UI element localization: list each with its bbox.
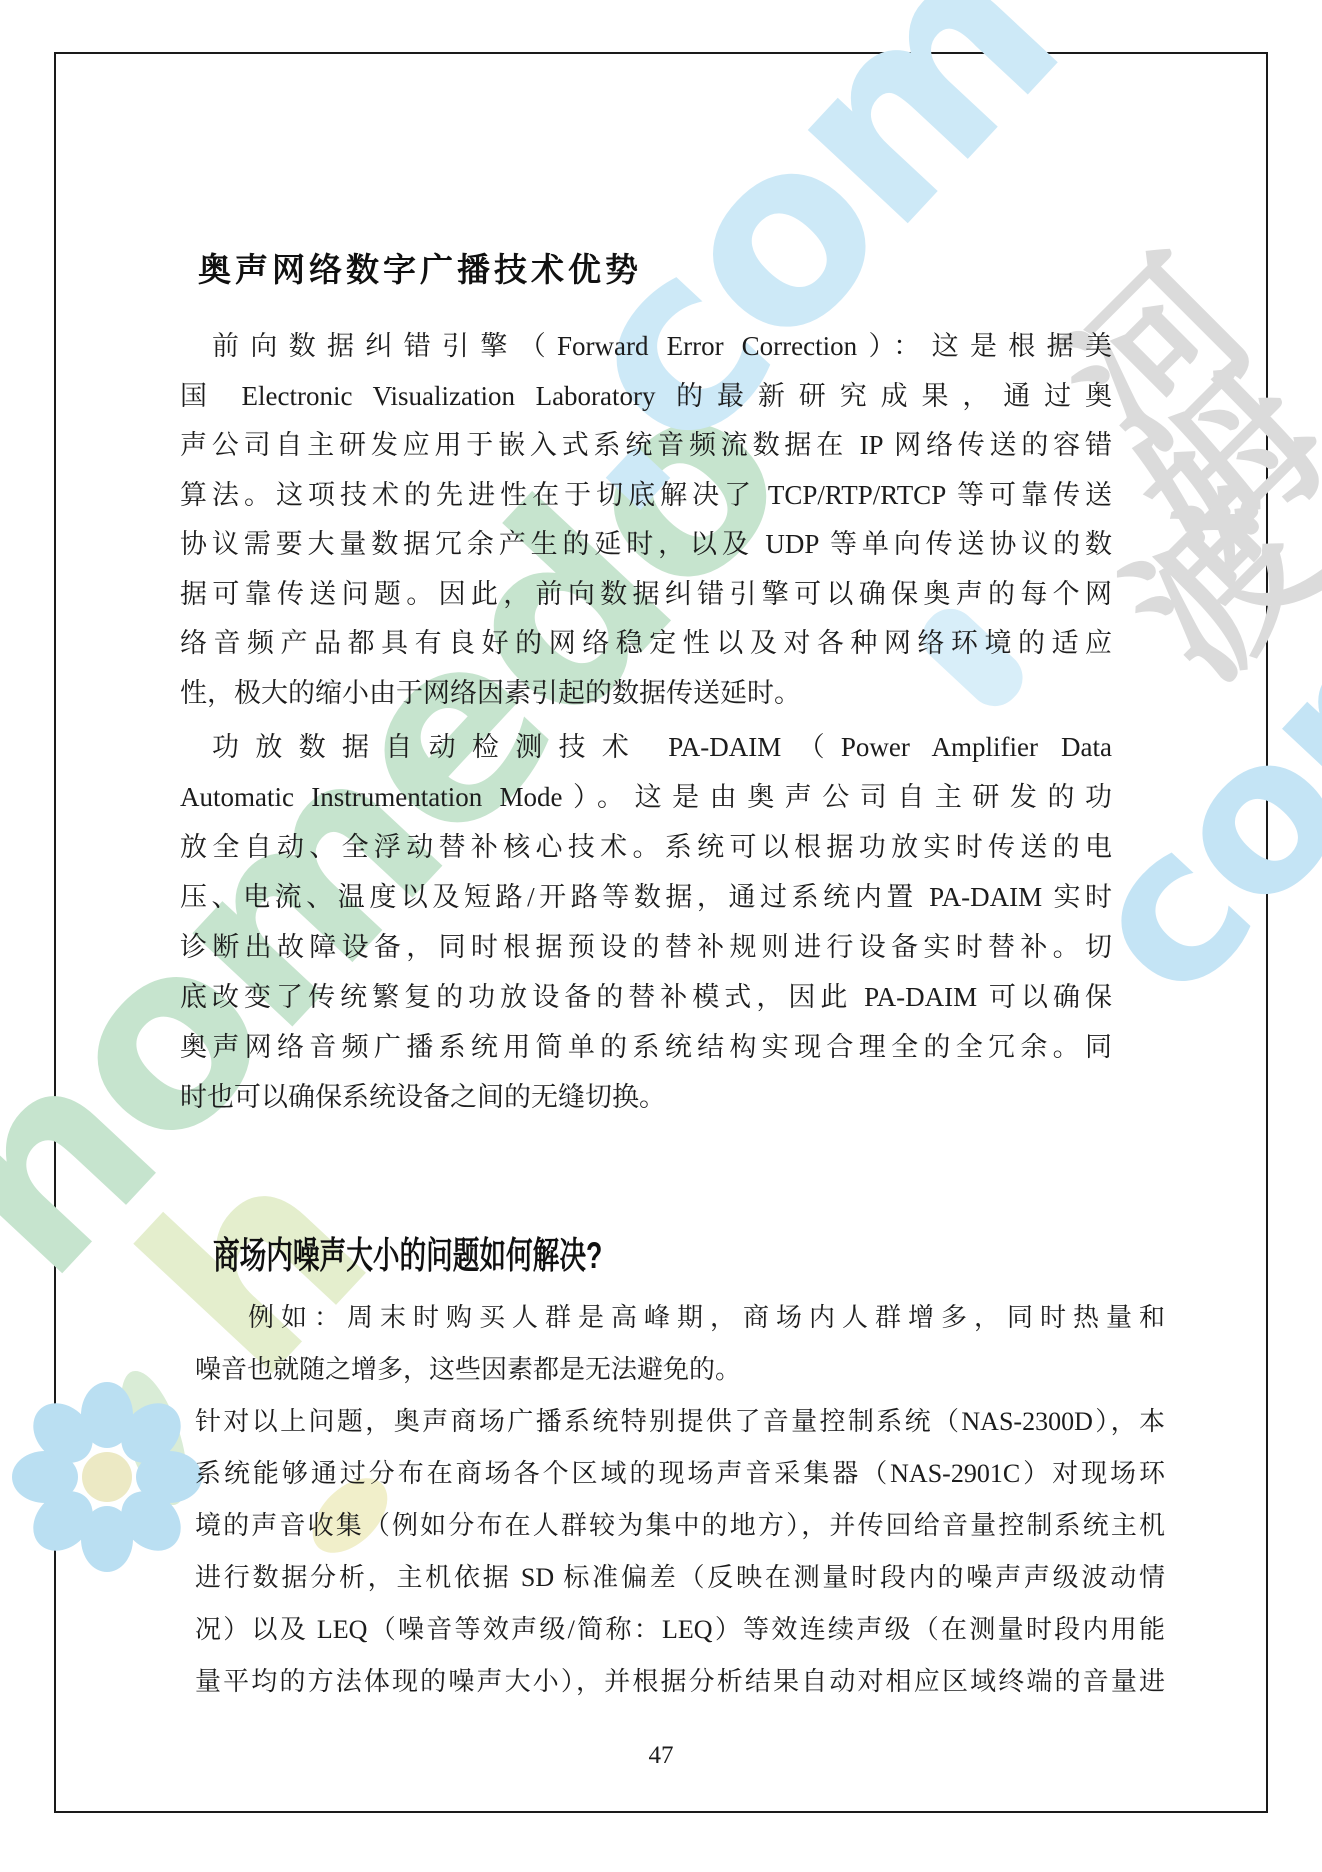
text-line: 协议需要大量数据冗余产生的延时，以及 UDP 等单向传送协议的数 <box>180 519 1112 569</box>
text-line: 络音频产品都具有良好的网络稳定性以及对各种网络环境的适应 <box>180 618 1112 668</box>
text-line: 例如：周末时购买人群是高峰期，商场内人群增多，同时热量和 <box>195 1293 1165 1343</box>
text-line: 量平均的方法体现的噪声大小），并根据分析结果自动对相应区域终端的音量进 <box>195 1657 1165 1707</box>
heading-broadcast-tech-advantages: 奥声网络数字广播技术优势 <box>198 250 642 290</box>
text-line: 国 Electronic Visualization Laboratory 的最… <box>180 371 1112 421</box>
text-line: 时也可以确保系统设备之间的无缝切换。 <box>180 1072 1112 1122</box>
text-line: 算法。这项技术的先进性在于切底解决了 TCP/RTP/RTCP 等可靠传送 <box>180 470 1112 520</box>
text-line: 奥声网络音频广播系统用简单的系统结构实现合理全的全冗余。同 <box>180 1022 1112 1072</box>
heading-mall-noise-question: 商场内噪声大小的问题如何解决? <box>213 1234 602 1278</box>
text-line: 性，极大的缩小由于网络因素引起的数据传送延时。 <box>180 668 1112 718</box>
text-line: 前向数据纠错引擎（Forward Error Correction）：这是根据美 <box>180 321 1112 371</box>
text-line: 系统能够通过分布在商场各个区域的现场声音采集器（NAS-2901C）对现场环 <box>195 1449 1165 1499</box>
text-line: 压、电流、温度以及短路/开路等数据，通过系统内置 PA-DAIM 实时 <box>180 872 1112 922</box>
text-line: 针对以上问题，奥声商场广播系统特别提供了音量控制系统（NAS-2300D），本 <box>195 1397 1165 1447</box>
text-line: 境的声音收集（例如分布在人群较为集中的地方），并传回给音量控制系统主机 <box>195 1501 1165 1551</box>
text-line: 诊断出故障设备，同时根据预设的替补规则进行设备实时替补。切 <box>180 922 1112 972</box>
text-line: 进行数据分析，主机依据 SD 标准偏差（反映在测量时段内的噪声声级波动情 <box>195 1553 1165 1603</box>
text-line: 噪音也就随之增多，这些因素都是无法避免的。 <box>195 1345 1165 1395</box>
text-line: 据可靠传送问题。因此，前向数据纠错引擎可以确保奥声的每个网 <box>180 569 1112 619</box>
page-number: 47 <box>0 1742 1322 1770</box>
text-line: Automatic Instrumentation Mode）。这是由奥声公司自… <box>180 772 1112 822</box>
text-line: 况）以及 LEQ（噪音等效声级/简称：LEQ）等效连续声级（在测量时段内用能 <box>195 1605 1165 1655</box>
text-line: 声公司自主研发应用于嵌入式系统音频流数据在 IP 网络传送的容错 <box>180 420 1112 470</box>
text-line: 底改变了传统繁复的功放设备的替补模式，因此 PA-DAIM 可以确保 <box>180 972 1112 1022</box>
document-page: { "watermark": { "brand": "homedo", "bra… <box>0 0 1322 1872</box>
text-line: 放全自动、全浮动替补核心技术。系统可以根据功放实时传送的电 <box>180 822 1112 872</box>
text-line: 功放数据自动检测技术 PA-DAIM（Power Amplifier Data <box>180 722 1112 772</box>
